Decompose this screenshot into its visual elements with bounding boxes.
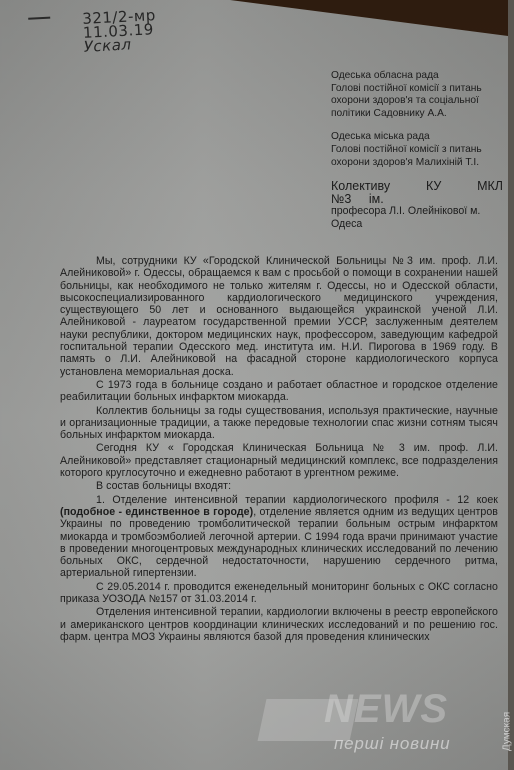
addressee-line: охорони здоров'я Малихіній Т.І. bbox=[331, 157, 503, 170]
addressee-regional-council: Одеська обласна рада Голові постійної ко… bbox=[331, 70, 503, 120]
paragraph-rehab-department: С 1973 года в больнице создано и работае… bbox=[60, 379, 498, 404]
sender-collective: Колективу КУ МКЛ №3 ім. професора Л.І. О… bbox=[331, 180, 503, 230]
letter-page: 321/2-мр 11.03.19 Ускал Одеська обласна … bbox=[0, 0, 508, 770]
paragraph-icu: 1. Отделение интенсивной терапии кардиол… bbox=[60, 494, 498, 580]
addressee-org: Одеська обласна рада bbox=[331, 70, 503, 83]
addressee-org: Одеська міська рада bbox=[331, 131, 503, 144]
paragraph-today: Сегодня КУ « Городская Клиническая Больн… bbox=[60, 442, 498, 479]
sender-line: Колективу КУ МКЛ №3 ім. bbox=[331, 180, 503, 205]
addressee-line: охорони здоров'я та соціальної bbox=[331, 95, 503, 108]
source-label: Думская bbox=[502, 701, 513, 763]
paragraph-registry: Отделения интенсивной терапии, кардиолог… bbox=[60, 606, 498, 643]
watermark-brand: NEWS bbox=[324, 687, 448, 732]
paragraph-composition: В состав больницы входят: bbox=[60, 480, 498, 492]
watermark-logo-box bbox=[258, 699, 359, 741]
news-watermark: NEWS перші новини bbox=[262, 687, 502, 767]
page-edge-shadow bbox=[508, 0, 514, 770]
addressee-line: Голові постійної комісії з питань bbox=[331, 83, 503, 96]
source-watermark: Думская bbox=[500, 700, 512, 766]
watermark-tagline: перші новини bbox=[334, 734, 450, 754]
registration-stamp: 321/2-мр 11.03.19 Ускал bbox=[82, 8, 158, 54]
addressee-block: Одеська обласна рада Голові постійної ко… bbox=[331, 70, 503, 242]
paragraph-monitoring: С 29.05.2014 г. проводится еженедельный … bbox=[60, 581, 498, 606]
addressee-city-council: Одеська міська рада Голові постійної ком… bbox=[331, 131, 503, 169]
paragraph-appeal: Мы, сотрудники КУ «Городской Клинической… bbox=[60, 255, 498, 378]
paragraph-collective: Коллектив больницы за годы существования… bbox=[60, 405, 498, 442]
addressee-line: політики Садовнику А.А. bbox=[331, 108, 503, 121]
sender-line: професора Л.І. Олейнікової м. bbox=[331, 205, 503, 218]
handwritten-dash bbox=[28, 17, 50, 20]
sender-line: Одеса bbox=[331, 218, 503, 231]
icu-text-bold: (подобное - единственное в городе) bbox=[60, 506, 253, 518]
registration-signature: Ускал bbox=[83, 36, 157, 54]
addressee-line: Голові постійної комісії з питань bbox=[331, 144, 503, 157]
icu-text-start: 1. Отделение интенсивной терапии кардиол… bbox=[96, 494, 498, 506]
letter-body: Мы, сотрудники КУ «Городской Клинической… bbox=[60, 255, 498, 643]
